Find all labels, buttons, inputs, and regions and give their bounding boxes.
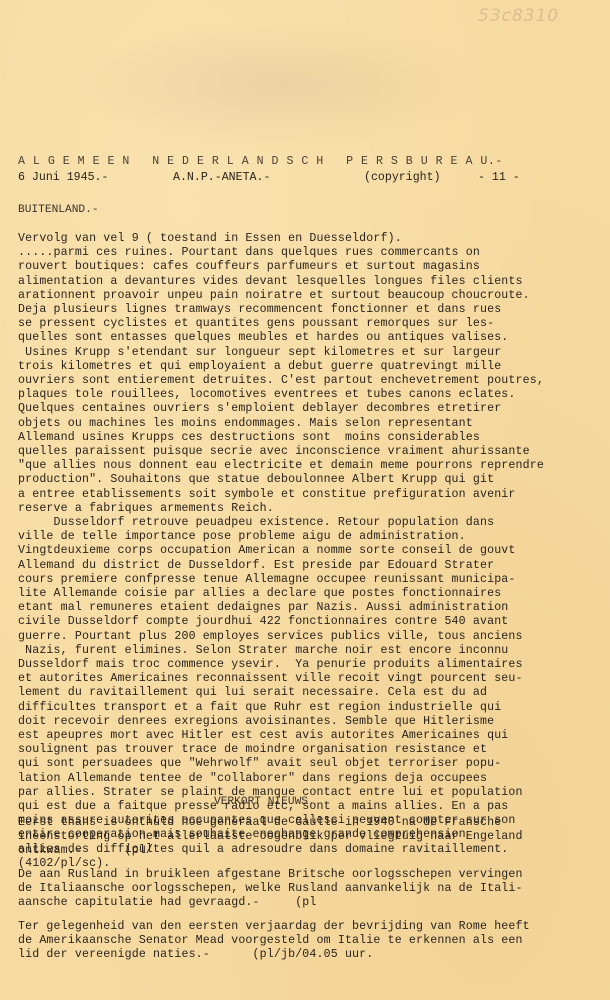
news-item-line: De aan Rusland in bruikleen afgestane Br…: [18, 868, 523, 882]
article-line: a entree etablissements soit symbole et …: [18, 488, 516, 502]
page-number: - 11 -: [478, 171, 520, 184]
article-line: est apeupres mort avec Hitler est cest a…: [18, 729, 508, 743]
article-line: qui sont persuadees que "Wehrwolf" avait…: [18, 757, 501, 771]
article-line: Allemand du district de Dusseldorf. Est …: [18, 559, 494, 573]
article-line: Usines Krupp s'etendant sur longueur sep…: [18, 346, 501, 360]
article-line: production". Souhaitons que statue debou…: [18, 473, 494, 487]
news-item-line: lid der vereenigde naties.- (pl/jb/04.05…: [18, 948, 373, 962]
agency-label: A.N.P.-ANETA.-: [173, 171, 270, 184]
document-date: 6 Juni 1945.-: [18, 171, 108, 184]
article-line: "que allies nous donnent eau electricite…: [18, 459, 544, 473]
article-line: Vingtdeuxieme corps occupation American …: [18, 544, 516, 558]
article-line: Vervolg van vel 9 ( toestand in Essen en…: [18, 232, 402, 246]
article-line: lite Allemande coisie par allies a decla…: [18, 587, 501, 601]
article-line: quelles sont entasses quelques meubles e…: [18, 331, 508, 345]
article-line: se pressent cyclistes et quantites gens …: [18, 317, 494, 331]
article-line: Allemand usines Krupps ces destructions …: [18, 431, 480, 445]
article-line: Dusseldorf retrouve peuadpeu existence. …: [18, 516, 494, 530]
article-line: Dusseldorf mais troc commence ysevir. Ya…: [18, 658, 523, 672]
archive-number: 53c8310: [478, 6, 559, 26]
news-item-line: aansche capitulatie had gevraagd.- (pl: [18, 896, 317, 910]
article-line: et autorites Americaines reconnaissent v…: [18, 672, 523, 686]
article-line: .....parmi ces ruines. Pourtant dans que…: [18, 246, 480, 260]
article-line: etant mal remuneres etaient dedaignes pa…: [18, 601, 508, 615]
article-line: reserve a fabriques armements Reich.: [18, 502, 274, 516]
news-item-line: ontkwam.- (pl/: [18, 844, 153, 858]
article-line: cours premiere confpresse tenue Allemagn…: [18, 573, 516, 587]
article-line: Deja plusieurs lignes tramways recommenc…: [18, 303, 501, 317]
verkort-heading: VERKORT NIEUWS.: [214, 796, 315, 808]
ink-stain: [70, 20, 490, 150]
article-line: lation Allemande tentee de "collaborer" …: [18, 772, 487, 786]
agency-title: A L G E M E E N N E D E R L A N D S C H …: [18, 155, 503, 168]
article-line: Quelques centaines ouvriers s'emploient …: [18, 402, 501, 416]
article-line: guerre. Pourtant plus 200 employes servi…: [18, 630, 523, 644]
article-line: ouvriers sont entierement detruites. C'e…: [18, 374, 544, 388]
article-line: arationnent proavoir unpeu pain noiratre…: [18, 289, 530, 303]
article-line: trois kilometres et qui employaient a de…: [18, 360, 501, 374]
news-item-line: ineenstorting op het allerlaatste oogenb…: [18, 830, 523, 844]
article-line: civile Dusseldorf compte jourdhui 422 fo…: [18, 615, 508, 629]
article-line: difficultes transport et a fait que Ruhr…: [18, 701, 501, 715]
article-line: lement du ravitaillement qui lui serait …: [18, 686, 487, 700]
news-item-line: de Amerikaansche Senator Mead voorgestel…: [18, 934, 523, 948]
copyright-label: (copyright): [364, 171, 441, 184]
news-item-line: Ter gelegenheid van den eersten verjaard…: [18, 920, 530, 934]
article-line: plaques tole rouillees, locomotives even…: [18, 388, 516, 402]
article-line: quelles paraissent puisque secrie avec i…: [18, 445, 530, 459]
section-label: BUITENLAND.-: [18, 204, 99, 216]
article-line: soulignent pas trouver trace de moindre …: [18, 743, 487, 757]
article-line: ville de telle importance pose probleme …: [18, 530, 466, 544]
article-line: rouvert boutiques: cafes couffeurs parfu…: [18, 260, 480, 274]
news-item-line: Eerst thans is onthuld hoe generaal de G…: [18, 816, 501, 830]
article-line: alimentation a devantures vides devant l…: [18, 275, 523, 289]
article-line: objets ou machines les moins endommages.…: [18, 417, 473, 431]
news-item-line: de Italiaansche oorlogsschepen, welke Ru…: [18, 882, 523, 896]
article-line: doit recevoir denrees exregions avoisina…: [18, 715, 494, 729]
article-line: Nazis, furent elimines. Selon Strater ma…: [18, 644, 508, 658]
